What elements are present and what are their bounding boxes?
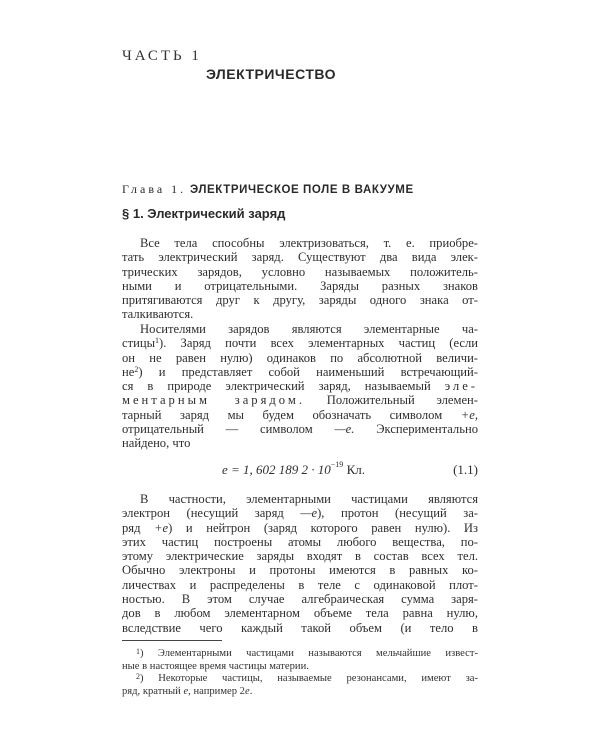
text-fragment: тарный заряд мы будем обозначать символо… [122, 408, 442, 422]
footnote-ref: 1 [155, 336, 159, 345]
text-fragment: Положительный элемен- [327, 393, 478, 407]
text-fragment: ся в природе электрический заряд, называ… [122, 379, 431, 393]
text-fragment: ) и нейтрон (заряд которого равен нулю).… [168, 521, 478, 535]
text-fragment: не [122, 365, 134, 379]
symbol: +e [154, 521, 168, 535]
text-line: трических зарядов, условно называемых по… [122, 265, 478, 279]
text-fragment: ) Некоторые частицы, называемые резонанс… [140, 673, 478, 684]
footnote-2: 2) Некоторые частицы, называемые резонан… [122, 673, 478, 686]
text-fragment: ) и представляет собой наименьший встреч… [138, 365, 478, 379]
text-line: В частности, элементарными частицами явл… [122, 492, 478, 506]
symbol: —e. [334, 422, 354, 436]
text-line: отрицательный — символом —e. Эксперимент… [122, 422, 478, 436]
text-line: не2) и представляет собой наименьший вст… [122, 365, 478, 379]
text-line: тарный заряд мы будем обозначать символо… [122, 408, 478, 422]
text-fragment: ряд [122, 521, 141, 535]
text-line: Носителями зарядов являются элементарные… [122, 322, 478, 336]
footnotes: 1) Элементарными частицами называются ме… [122, 648, 478, 698]
text-line: он не равен нулю) одинаков по абсолютной… [122, 351, 478, 365]
section-title: § 1. Электрический заряд [122, 206, 285, 221]
footnote-1: 1) Элементарными частицами называются ме… [122, 648, 478, 661]
footnote-2-cont: ряд, кратный e, например 2e. [122, 686, 478, 699]
text-line: этому электрические заряды входят в сост… [122, 549, 478, 563]
text-fragment: ) Элементарными частицами называются мел… [140, 648, 478, 659]
text-line: электрон (несущий заряд —e), протон (нес… [122, 506, 478, 520]
footnote-1-cont: ные в настоящее время частицы материи. [122, 661, 478, 674]
text-fragment: электрон (несущий заряд [122, 506, 284, 520]
text-line: личествах и распределены в теле с одинак… [122, 578, 478, 592]
text-line: найдено, что [122, 436, 478, 450]
spaced-term: ментарным зарядом. [122, 393, 305, 407]
text-line: ными и отрицательными. Заряды разных зна… [122, 279, 478, 293]
symbol: —e [300, 506, 317, 520]
spaced-term: эле- [445, 379, 478, 393]
text-line: притягиваются друг к другу, заряды одног… [122, 293, 478, 307]
footnote-ref: 2 [134, 365, 138, 374]
text-line: ся в природе электрический заряд, называ… [122, 379, 478, 393]
text-line: этих частиц построены атомы любого вещес… [122, 535, 478, 549]
text-line: тать электрический заряд. Существуют два… [122, 250, 478, 264]
chapter-prefix: Глава 1. [122, 182, 186, 196]
equation-formula: e = 1, 602 189 2 · 10−19 Кл. [222, 462, 365, 478]
text-line: Все тела способны электризоваться, т. е.… [122, 236, 478, 250]
text-fragment: , например 2 [188, 686, 245, 697]
part-label: ЧАСТЬ 1 [122, 48, 202, 65]
text-line: ряд +e) и нейтрон (заряд которого равен … [122, 521, 478, 535]
text-line: ностью. В этом случае алгебраическая сум… [122, 592, 478, 606]
footnote-mark: 1 [136, 647, 140, 656]
symbol: +e, [461, 408, 478, 422]
text-fragment: Экспериментально [376, 422, 478, 436]
text-line: Обычно электроны и протоны имеются в рав… [122, 563, 478, 577]
paragraph-2: Носителями зарядов являются элементарные… [122, 322, 478, 451]
footnote-mark: 2 [136, 672, 140, 681]
paragraph-3: В частности, элементарными частицами явл… [122, 492, 478, 635]
text-line: стицы1). Заряд почти всех элементарных ч… [122, 336, 478, 350]
footnote-divider [122, 640, 222, 641]
chapter-heading: Глава 1. ЭЛЕКТРИЧЕСКОЕ ПОЛЕ В ВАКУУМЕ [122, 182, 414, 197]
part-title: ЭЛЕКТРИЧЕСТВО [206, 66, 336, 82]
unit: Кл. [343, 462, 365, 477]
chapter-title: ЭЛЕКТРИЧЕСКОЕ ПОЛЕ В ВАКУУМЕ [190, 184, 414, 196]
text-line: талкиваются. [122, 307, 478, 321]
text-fragment: . [250, 686, 253, 697]
text-fragment: ряд, кратный [122, 686, 183, 697]
text-line: дов в любом элементарном объеме тела рав… [122, 606, 478, 620]
formula-text: e = 1, 602 189 2 · 10 [222, 462, 331, 477]
text-fragment: стицы [122, 336, 155, 350]
text-fragment: отрицательный — символом [122, 422, 313, 436]
text-fragment: ), протон (несущий за- [317, 506, 478, 520]
text-line: ментарным зарядом. Положительный элемен- [122, 393, 478, 407]
text-fragment: ). Заряд почти всех элементарных частиц … [159, 336, 478, 350]
equation-number: (1.1) [453, 462, 478, 478]
text-line: вследствие чего каждый такой объем (и те… [122, 621, 478, 635]
paragraph-1: Все тела способны электризоваться, т. е.… [122, 236, 478, 322]
exponent: −19 [331, 460, 344, 469]
